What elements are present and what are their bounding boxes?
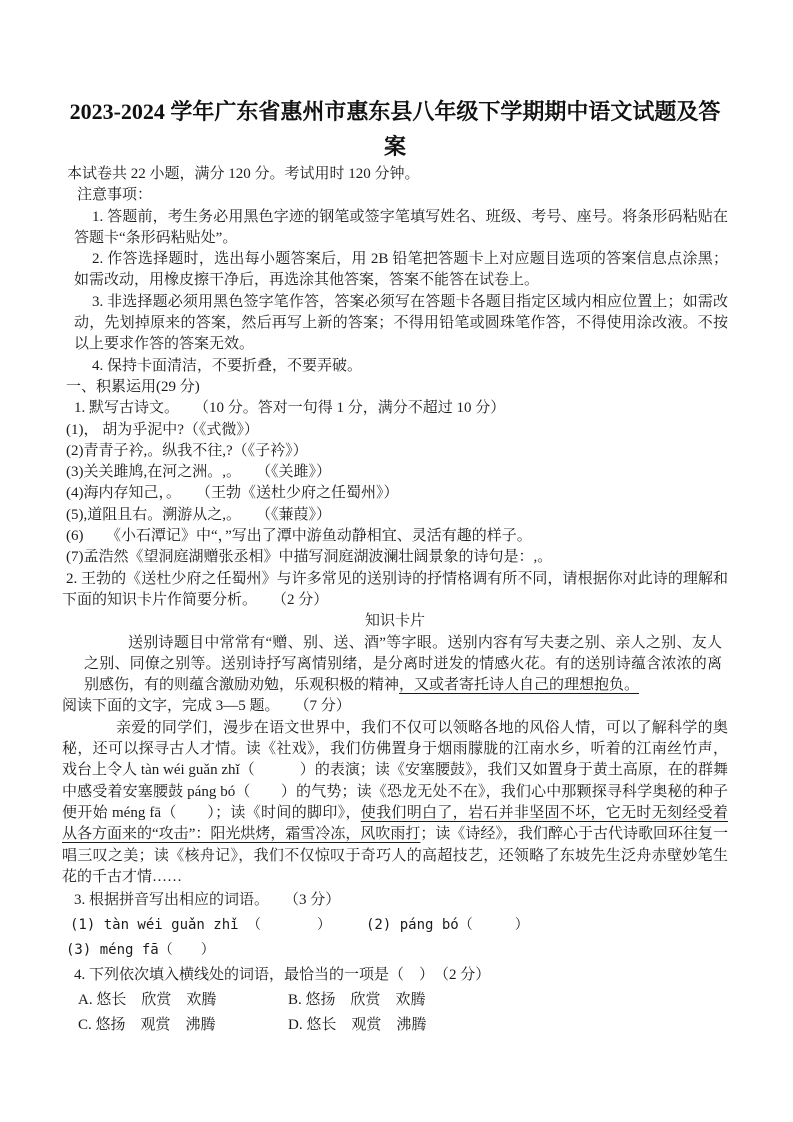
q4-option-d: D. 悠长 观赏 沸腾 — [288, 1017, 426, 1033]
reading-passage: 亲爱的同学们，漫步在语文世界中，我们不仅可以领略各地的风俗人情，可以了解科学的奥… — [62, 718, 728, 888]
q4-option-b: B. 悠扬 欣赏 欢腾 — [288, 992, 426, 1008]
q4-stem: 4. 下列依次填入横线处的词语，最恰当的一项是（ ） （2 分） — [62, 963, 728, 988]
q1-item-6: (6) 《小石潭记》中“，”写出了潭中游鱼动静相宜、灵活有趣的样子。 — [62, 526, 728, 547]
q3-item-1: (1) tàn wéi guǎn zhǐ （ ） — [66, 913, 366, 938]
q4-option-a: A. 悠长 欣赏 欢腾 — [70, 988, 288, 1013]
reading-intro: 阅读下面的文字，完成 3—5 题。 （7 分） — [62, 696, 728, 717]
notice-item-3: 3. 非选择题必须用黑色签字笔作答，答案必须写在答题卡各题目指定区域内相应位置上… — [74, 292, 728, 356]
notice-item-2: 2. 作答选择题时，选出每小题答案后，用 2B 铅笔把答题卡上对应题目选项的答案… — [74, 249, 728, 292]
exam-info: 本试卷共 22 小题，满分 120 分。考试用时 120 分钟。 — [62, 164, 728, 185]
q1-item-5: (5),道阻且右。溯游从之,。 （《蒹葭》） — [62, 505, 728, 526]
questions-3-4-block: 3. 根据拼音写出相应的词语。 （3 分） (1) tàn wéi guǎn z… — [62, 888, 728, 1038]
q2-stem: 2. 王勃的《送杜少府之任蜀州》与许多常见的送别诗的抒情格调有所不同，请根据你对… — [62, 569, 728, 612]
section-heading: 一、积累运用(29 分) — [62, 377, 728, 398]
notice-item-4: 4. 保持卡面清洁，不要折叠，不要弄破。 — [74, 356, 728, 377]
document-body: 本试卷共 22 小题，满分 120 分。考试用时 120 分钟。 注意事项： 1… — [62, 164, 728, 1038]
q3-stem: 3. 根据拼音写出相应的词语。 （3 分） — [62, 888, 728, 913]
notice-heading: 注意事项： — [62, 185, 728, 206]
q4-option-row-2: C. 悠扬 观赏 沸腾D. 悠长 观赏 沸腾 — [62, 1013, 728, 1038]
q1-item-3: (3)关关雎鸠,在河之洲。,。 （《关雎》） — [62, 462, 728, 483]
card-text-underlined: ，又或者寄托诗人自己的理想抱负。 — [399, 677, 639, 693]
notice-item-1: 1. 答题前，考生务必用黑色字迹的钢笔或签字笔填写姓名、班级、考号、座号。将条形… — [74, 207, 728, 250]
q3-row-2: (3) méng fā（ ） — [62, 938, 728, 963]
knowledge-card-title: 知识卡片 — [62, 611, 728, 632]
exam-document-page: 2023-2024 学年广东省惠州市惠东县八年级下学期期中语文试题及答案 本试卷… — [0, 0, 793, 1122]
q1-item-7: (7)孟浩然《望洞庭湖赠张丞相》中描写洞庭湖波澜壮阔景象的诗句是：,。 — [62, 547, 728, 568]
q1-item-4: (4)海内存知己，。 （王勃《送杜少府之任蜀州》） — [62, 483, 728, 504]
q3-item-2: (2) páng bó（ ） — [366, 917, 529, 933]
q4-option-c: C. 悠扬 观赏 沸腾 — [70, 1013, 288, 1038]
q3-item-3: (3) méng fā（ ） — [66, 942, 215, 958]
q1-item-2: (2)青青子衿,。纵我不往,?（《子衿》） — [62, 441, 728, 462]
knowledge-card-text: 送别诗题目中常常有“赠、别、送、酒”等字眼。送别内容有写夫妻之别、亲人之别、友人… — [84, 633, 722, 697]
q1-item-1: (1)， 胡为乎泥中?（《式微》） — [62, 420, 728, 441]
q1-stem: 1. 默写古诗文。 （10 分。答对一句得 1 分，满分不超过 10 分） — [62, 398, 728, 419]
q4-option-row-1: A. 悠长 欣赏 欢腾B. 悠扬 欣赏 欢腾 — [62, 988, 728, 1013]
q3-row-1: (1) tàn wéi guǎn zhǐ （ ）(2) páng bó（ ） — [62, 913, 728, 938]
page-title: 2023-2024 学年广东省惠州市惠东县八年级下学期期中语文试题及答案 — [62, 94, 728, 164]
